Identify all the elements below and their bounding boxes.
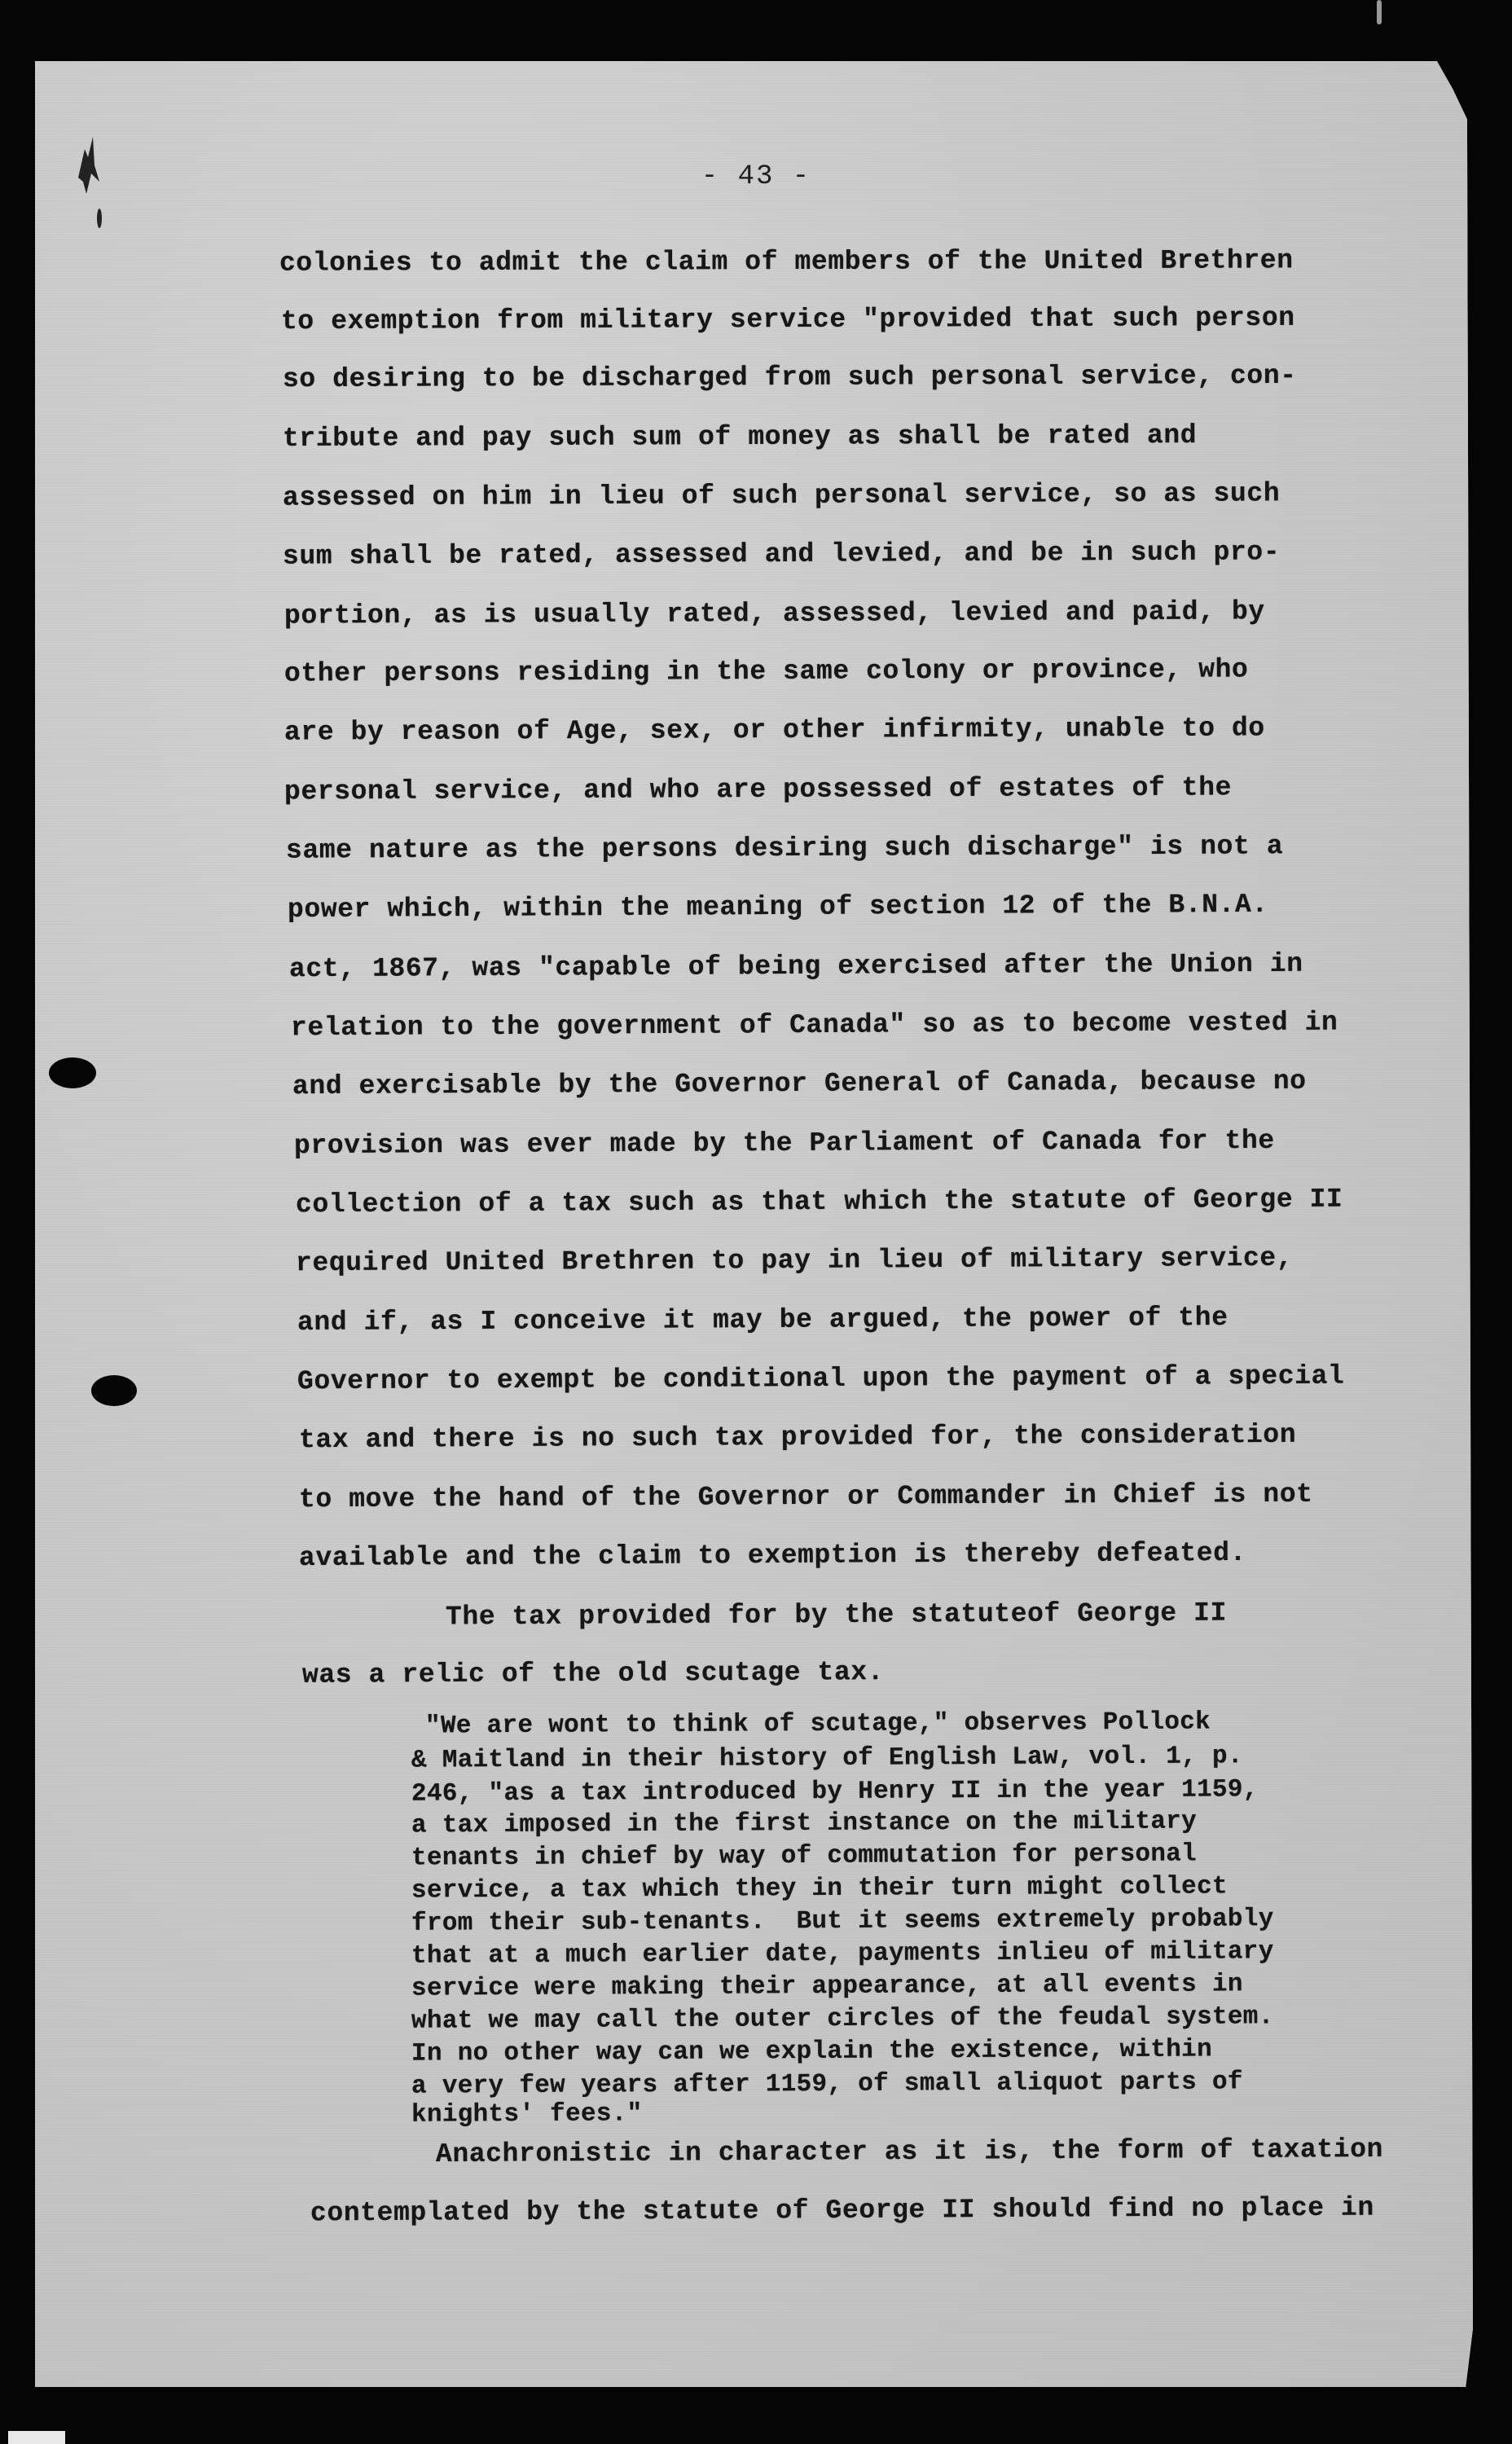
quote-line: knights' fees.": [411, 2101, 643, 2127]
quote-line: & Maitland in their history of English L…: [411, 1743, 1243, 1773]
quote-line: a tax imposed in the first instance on t…: [411, 1809, 1197, 1838]
body-line: was a relic of the old scutage tax.: [302, 1659, 884, 1689]
quote-line: a very few years after 1159, of small al…: [411, 2069, 1243, 2099]
body-line: are by reason of Age, sex, or other infi…: [284, 714, 1265, 745]
body-line: personal service, and who are possessed …: [284, 774, 1232, 805]
body-line: provision was ever made by the Parliamen…: [294, 1127, 1275, 1159]
quote-line: service were making their appearance, at…: [411, 1971, 1243, 2001]
quote-line: service, a tax which they in their turn …: [411, 1874, 1228, 1903]
body-line: required United Brethren to pay in lieu …: [296, 1245, 1293, 1277]
body-line: sum shall be rated, assessed and levied,…: [283, 538, 1280, 569]
body-line: other persons residing in the same colon…: [284, 656, 1249, 687]
quote-line: from their sub-tenants. But it seems ext…: [411, 1906, 1274, 1936]
body-line: contemplated by the statute of George II…: [310, 2195, 1374, 2227]
body-line: act, 1867, was "capable of being exercis…: [289, 951, 1303, 983]
body-line: relation to the government of Canada" so…: [291, 1009, 1338, 1042]
body-line: The tax provided for by the statuteof Ge…: [446, 1599, 1227, 1630]
body-line: assessed on him in lieu of such personal…: [283, 480, 1280, 511]
body-line: and exercisable by the Governor General …: [292, 1068, 1307, 1101]
punch-hole-lower: [91, 1375, 137, 1406]
body-line: same nature as the persons desiring such…: [286, 833, 1283, 864]
body-line: colonies to admit the claim of members o…: [279, 247, 1294, 276]
body-line: power which, within the meaning of secti…: [288, 891, 1268, 923]
quote-line: In no other way can we explain the exist…: [411, 2037, 1212, 2066]
page-number: - 43 -: [0, 161, 1512, 192]
quote-line: "We are wont to think of scutage," obser…: [425, 1709, 1211, 1738]
body-line: Governor to exempt be conditional upon t…: [297, 1363, 1345, 1396]
body-line: portion, as is usually rated, assessed, …: [284, 598, 1265, 629]
body-line: so desiring to be discharged from such p…: [283, 363, 1297, 393]
punch-hole-upper: [49, 1057, 96, 1088]
body-line: Anachronistic in character as it is, the…: [436, 2136, 1383, 2168]
quote-line: tenants in chief by way of commutation f…: [411, 1841, 1197, 1870]
scan-edge-fragment: [8, 2431, 65, 2444]
quote-line: 246, "as a tax introduced by Henry II in…: [411, 1777, 1259, 1806]
body-line: collection of a tax such as that which t…: [296, 1186, 1343, 1219]
body-line: to move the hand of the Governor or Comm…: [299, 1481, 1313, 1514]
quote-line: what we may call the outer circles of th…: [411, 2004, 1274, 2034]
quote-line: that at a much earlier date, payments in…: [411, 1939, 1274, 1969]
scan-artifact: [1377, 0, 1382, 24]
body-line: tax and there is no such tax provided fo…: [299, 1422, 1296, 1453]
body-line: available and the claim to exemption is …: [299, 1540, 1246, 1571]
body-line: tribute and pay such sum of money as sha…: [283, 422, 1197, 452]
body-line: and if, as I conceive it may be argued, …: [297, 1304, 1228, 1336]
body-line: to exemption from military service "prov…: [281, 305, 1295, 335]
